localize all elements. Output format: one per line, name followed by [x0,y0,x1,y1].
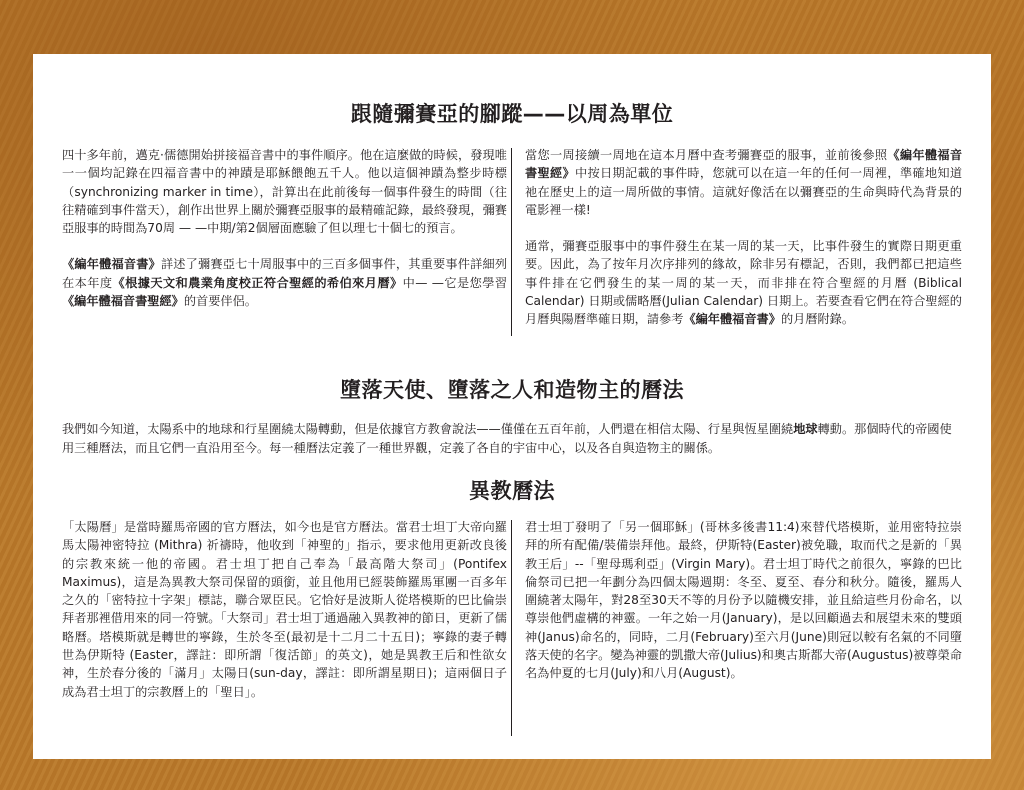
book-title: 《編年體福音書》 [683,312,781,326]
section-heading-pagan-calendar: 異教曆法 [33,475,991,505]
paragraph: 君士坦丁發明了「另一個耶穌」(哥林多後書11:4)來替代塔模斯，並用密特拉崇拜的… [525,518,962,683]
document-page: 跟隨彌賽亞的腳蹤——以周為單位 四十多年前，邁克·儒德開始拼接福音書中的事件順序… [33,54,991,759]
paragraph: 《編年體福音書》詳述了彌賽亞七十周服事中的三百多個事件，其重要事件詳細列在本年度… [62,255,507,310]
paragraph: 四十多年前，邁克·儒德開始拼接福音書中的事件順序。他在這麼做的時候，發現唯一一個… [62,146,507,237]
column-divider [511,520,512,736]
text: 的首要伴侶。 [184,294,257,308]
text: 當您一周接續一周地在這本月曆中查考彌賽亞的服事，並前後參照 [525,148,887,162]
text: 的月曆附錄。 [781,312,854,326]
section-heading-following-messiah: 跟隨彌賽亞的腳蹤——以周為單位 [33,98,991,128]
paragraph: 「太陽曆」是當時羅馬帝國的官方曆法，如今也是官方曆法。當君士坦丁大帝向羅馬太陽神… [62,518,507,701]
column-divider [511,148,512,336]
section-heading-fallen-calendars: 墮落天使、墮落之人和造物主的曆法 [33,374,991,404]
section3-right-column: 君士坦丁發明了「另一個耶穌」(哥林多後書11:4)來替代塔模斯，並用密特拉崇拜的… [525,518,962,683]
section1-right-column: 當您一周接續一周地在這本月曆中查考彌賽亞的服事，並前後參照《編年體福音書聖經》中… [525,146,962,329]
text: 我們如今知道，太陽系中的地球和行星圍繞太陽轉動，但是依據官方教會說法——僅僅在五… [62,422,793,436]
paragraph: 通常，彌賽亞服事中的事件發生在某一周的某一天，比事件發生的實際日期更重要。因此，… [525,237,962,328]
section1-left-column: 四十多年前，邁克·儒德開始拼接福音書中的事件順序。他在這麼做的時候，發現唯一一個… [62,146,507,310]
text: 中按日期記載的事件時，您就可以在這一年的任何一周裡，準確地知道祂在歷史上的這一周… [525,166,962,217]
emphasis: 地球 [793,422,817,436]
book-title: 《編年體福音書聖經》 [62,294,184,308]
paragraph: 當您一周接續一周地在這本月曆中查考彌賽亞的服事，並前後參照《編年體福音書聖經》中… [525,146,962,219]
section3-left-column: 「太陽曆」是當時羅馬帝國的官方曆法，如今也是官方曆法。當君士坦丁大帝向羅馬太陽神… [62,518,507,701]
book-title: 《編年體福音書》 [62,257,161,271]
section2-paragraph: 我們如今知道，太陽系中的地球和行星圍繞太陽轉動，但是依據官方教會說法——僅僅在五… [62,420,962,457]
book-title: 《根據天文和農業角度校正符合聖經的希伯來月曆》 [112,276,402,290]
text: 中— —它是您學習 [403,276,507,290]
